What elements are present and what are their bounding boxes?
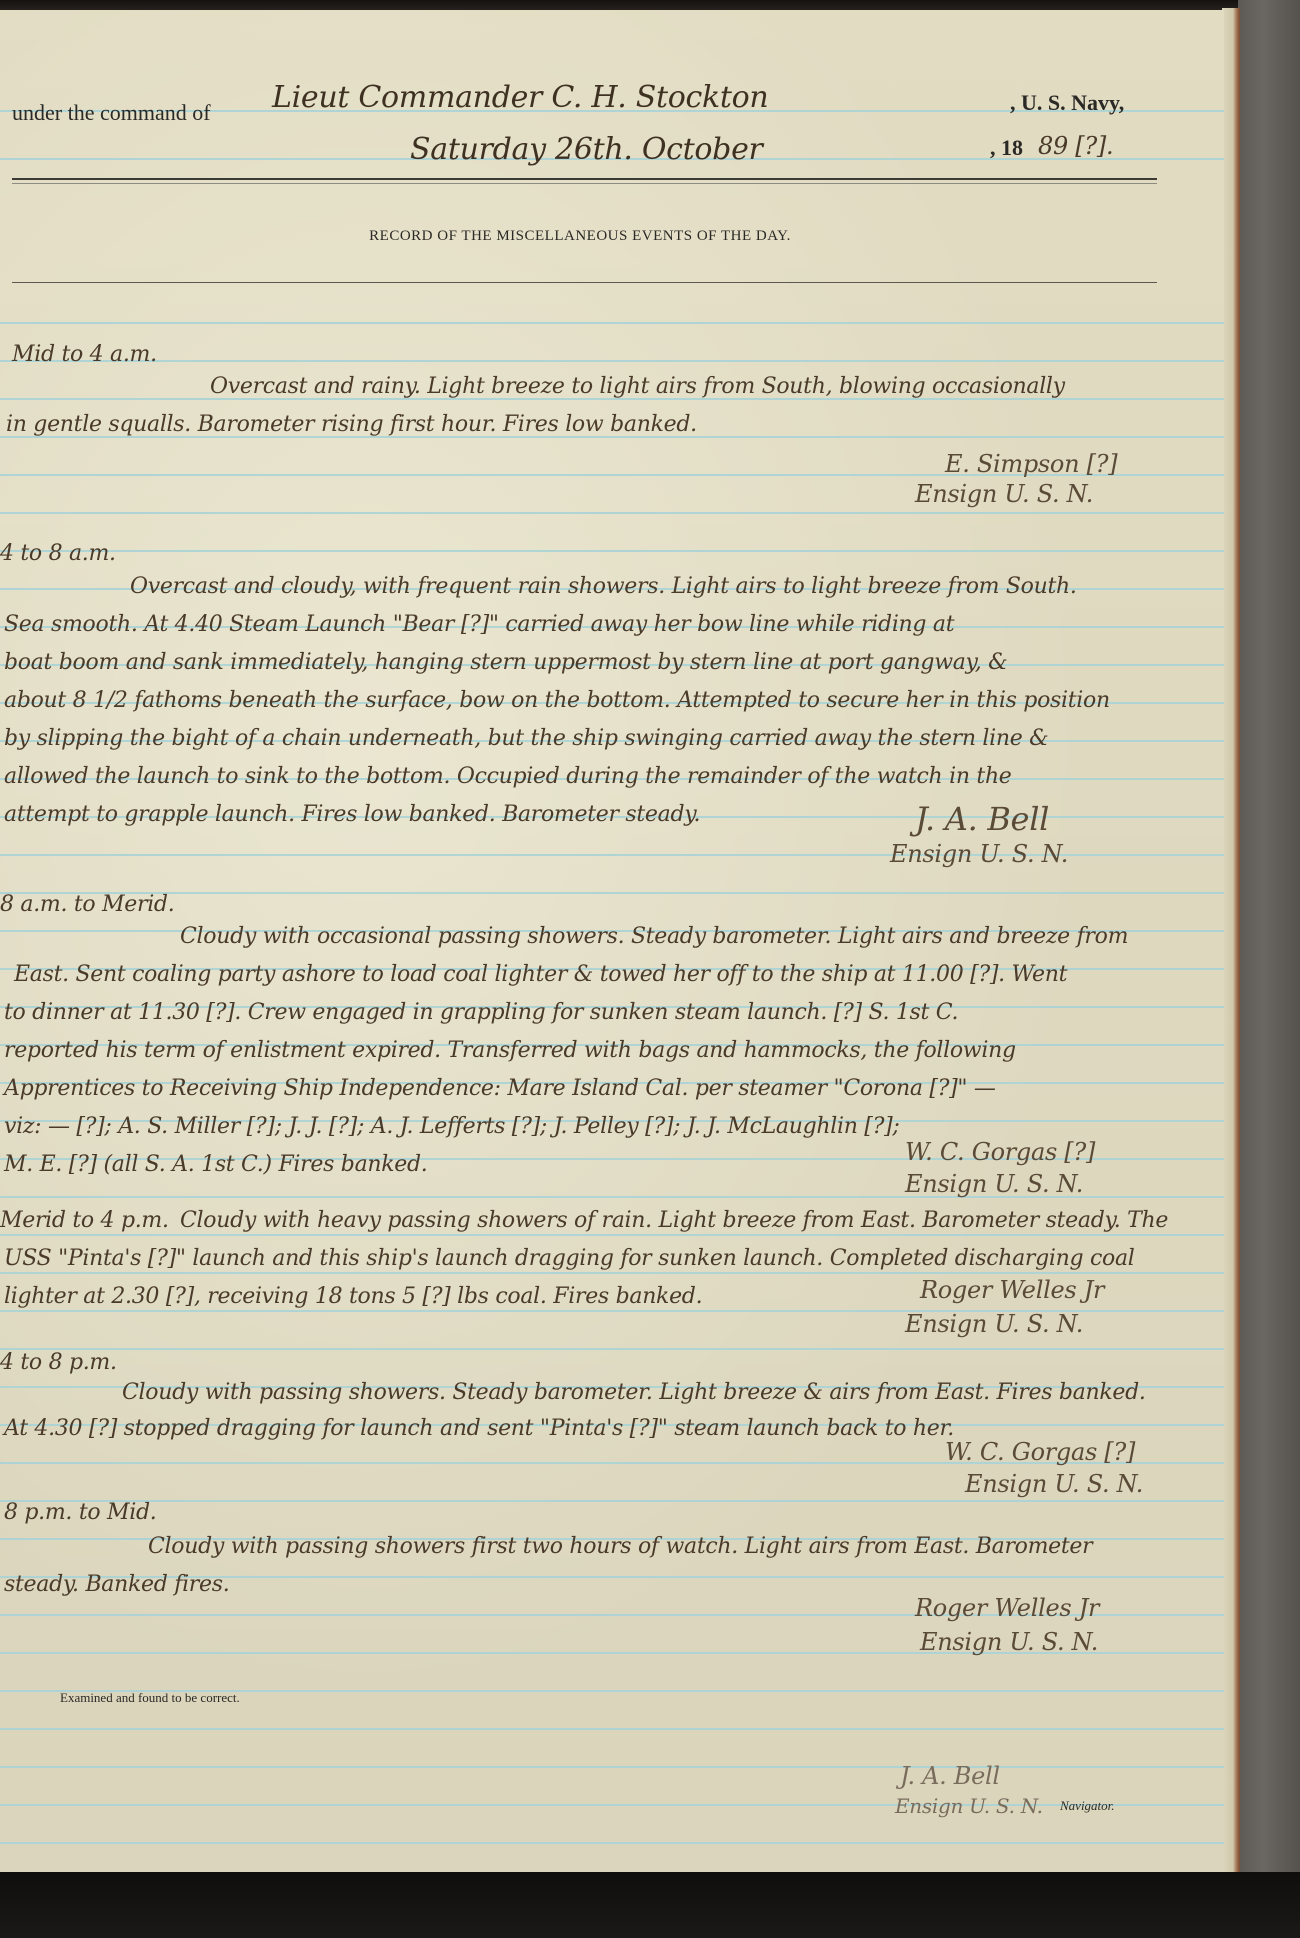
entry-line: in gentle squalls. Barometer rising firs… (6, 406, 697, 444)
book-binding (1238, 0, 1300, 1938)
entry-line: attempt to grapple launch. Fires low ban… (4, 796, 700, 834)
ruled-line (0, 1348, 1224, 1350)
ruled-line (0, 892, 1224, 894)
navigator-rank: Ensign U. S. N. (895, 1794, 1043, 1818)
logbook-page: under the command of Lieut Commander C. … (0, 10, 1224, 1872)
officer-rank: Ensign U. S. N. (920, 1628, 1098, 1656)
entry-line: steady. Banked fires. (4, 1566, 229, 1604)
officer-rank: Ensign U. S. N. (905, 1310, 1083, 1338)
section-rule (12, 282, 1157, 283)
section-title: RECORD OF THE MISCELLANEOUS EVENTS OF TH… (0, 228, 1160, 245)
page-edge (1222, 8, 1240, 1873)
header-double-rule (12, 178, 1157, 184)
officer-signature: Roger Welles Jr (915, 1594, 1099, 1622)
ruled-line (0, 322, 1224, 324)
watch-heading: 4 to 8 a.m. (0, 535, 116, 573)
entry-line: USS "Pinta's [?]" launch and this ship's… (4, 1240, 1135, 1278)
entry-line: Cloudy with occasional passing showers. … (180, 918, 1128, 956)
entry-line: Cloudy with passing showers first two ho… (148, 1528, 1092, 1566)
watch-heading: 4 to 8 p.m. (0, 1344, 117, 1382)
commander-name: Lieut Commander C. H. Stockton (272, 80, 768, 115)
entry-line: about 8 1/2 fathoms beneath the surface,… (4, 682, 1110, 720)
year-handwritten: 89 [?]. (1038, 132, 1113, 160)
officer-signature: Roger Welles Jr (920, 1276, 1104, 1304)
year-prefix: , 18 (990, 135, 1023, 161)
entry-date: Saturday 26th. October (410, 132, 763, 167)
ruled-line (0, 1500, 1224, 1502)
ruled-line (0, 512, 1224, 514)
watch-heading: Mid to 4 a.m. (12, 336, 157, 374)
officer-signature: E. Simpson [?] (945, 450, 1117, 478)
watch-heading: 8 a.m. to Merid. (0, 886, 174, 924)
bottom-frame-edge (0, 1872, 1300, 1938)
entry-line: Overcast and cloudy, with frequent rain … (130, 568, 1077, 606)
command-prefix: under the command of (12, 100, 211, 126)
officer-rank: Ensign U. S. N. (890, 840, 1068, 868)
entry-line: M. E. [?] (all S. A. 1st C.) Fires banke… (4, 1146, 427, 1184)
entry-line: Cloudy with passing showers. Steady baro… (122, 1374, 1146, 1412)
ruled-line (0, 1728, 1224, 1730)
entry-line: At 4.30 [?] stopped dragging for launch … (4, 1410, 954, 1448)
entry-line: viz: — [?]; A. S. Miller [?]; J. J. [?];… (4, 1108, 899, 1146)
entry-line: to dinner at 11.30 [?]. Crew engaged in … (4, 994, 958, 1032)
navigator-label: Navigator. (1060, 1798, 1115, 1814)
entry-line: boat boom and sank immediately, hanging … (4, 644, 1007, 682)
watch-heading: Merid to 4 p.m. (0, 1202, 169, 1240)
entry-line: by slipping the bight of a chain underne… (4, 720, 1048, 758)
ruled-line (0, 360, 1224, 362)
officer-signature: W. C. Gorgas [?] (945, 1438, 1135, 1466)
entry-line: lighter at 2.30 [?], receiving 18 tons 5… (4, 1278, 702, 1316)
entry-line: Apprentices to Receiving Ship Independen… (4, 1070, 996, 1108)
officer-rank: Ensign U. S. N. (965, 1470, 1143, 1498)
entry-line: allowed the launch to sink to the bottom… (4, 758, 1012, 796)
officer-signature: W. C. Gorgas [?] (905, 1138, 1095, 1166)
officer-signature: J. A. Bell (915, 800, 1049, 838)
entry-line: East. Sent coaling party ashore to load … (14, 956, 1067, 994)
entry-line: reported his term of enlistment expired.… (4, 1032, 1016, 1070)
navigator-signature: J. A. Bell (900, 1762, 1000, 1790)
officer-rank: Ensign U. S. N. (905, 1170, 1083, 1198)
officer-rank: Ensign U. S. N. (915, 480, 1093, 508)
entry-line: Sea smooth. At 4.40 Steam Launch "Bear [… (4, 606, 954, 644)
entry-line: Overcast and rainy. Light breeze to ligh… (210, 368, 1065, 406)
ruled-line (0, 550, 1224, 552)
entry-line: Cloudy with heavy passing showers of rai… (180, 1202, 1168, 1240)
navy-suffix: , U. S. Navy, (1010, 90, 1124, 116)
watch-heading: 8 p.m. to Mid. (4, 1494, 156, 1532)
ruled-line (0, 1766, 1224, 1768)
examined-statement: Examined and found to be correct. (60, 1690, 240, 1706)
ruled-line (0, 1842, 1224, 1844)
